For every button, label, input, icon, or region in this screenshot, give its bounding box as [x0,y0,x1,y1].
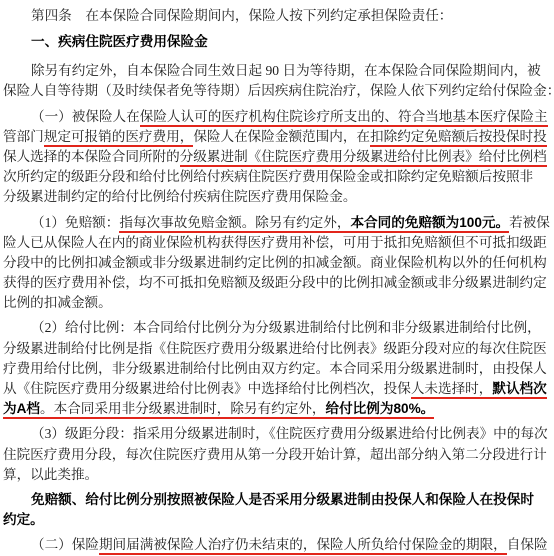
text-line: 管部门规定可报销的医疗费用，保险人在保险金额范围内，在扣除约定免赔额后按投保时投 [3,127,551,147]
red-underlined-text: 。本合同采用非分级累进制时，除另有约定外， [40,401,325,419]
text-line: 从《住院医疗费用分级累进给付比例表》中选择给付比例档次，投保人未选择时，默认档次 [3,379,551,399]
red-underlined-text: 本合同的免赔额为100元。 [350,215,509,233]
benefit-1-heading: 一、疾病住院医疗费用保险金 [3,31,551,52]
bold-text: 约定。 [3,512,44,527]
text-line: 住院医疗费用分段，每次住院医疗费用从第一分段开始计算，超出部分纳入第二分段进行计 [3,445,551,465]
text-segment: （2）给付比例：本合同给付比例分为分级累进制给付比例和非分级累进制给付比例， [31,320,541,335]
text-segment: （一）被保险人在 [31,109,140,124]
bold-text: 免赔额、给付比例分别按照被保险人是否采用分级累进制由投保人和保险人在投保时 [31,492,534,507]
payout-ratio-para: （2）给付比例：本合同给付比例分为分级累进制给付比例和非分级累进制给付比例，分级… [3,318,551,419]
red-underlined-text: 规定可报销的医疗费用， [44,129,194,147]
bracket-segment-para: （3）级距分段：指采用分级累进制时，《住院医疗费用分级累进给付比例表》中的每次住… [3,424,551,485]
text-line: 算，以此类推。 [3,465,551,485]
text-line: 约定。 [3,510,551,530]
text-segment: 算，以此类推。 [3,467,98,482]
text-line: 险人已从保险人在内的商业保险机构获得医疗费用补偿，可用于抵扣免赔额但不可抵扣级距 [3,233,551,253]
text-line: 除另有约定外，自本保险合同生效日起 90 日为等待期，在本保险合同保险期间内，被 [3,61,551,81]
agreement-note-para: 免赔额、给付比例分别按照被保险人是否采用分级累进制由投保人和保险人在投保时约定。 [3,490,551,530]
red-underlined-text: 扣除约定免赔额后按投保时投 [370,129,547,147]
text-segment: 险人已从保险人在内的商业保险机构获得医疗费用补偿，可用于抵扣免赔额但不可抵扣级距 [3,235,547,250]
text-line: 为A档。本合同采用非分级累进制时，除另有约定外，给付比例为80%。 [3,399,551,419]
text-line: （二）保险期间届满被保险人治疗仍未结束的，保险人所负给付保险金的期限，自保险 [3,535,551,555]
text-segment: 次所约定的级距分段和给付比例给付疾病住院医疗费用保险金或扣除约定免赔额后按照非 [3,169,533,184]
text-line: 一、疾病住院医疗费用保险金 [3,31,551,52]
text-segment: 除另有约定外，自本保险合同生效日起 90 日为等待期，在本保险合同保险期间内，被 [31,63,541,78]
text-segment: 自保险 [507,537,548,552]
text-line: 保人选择的本保险合同所附的分级累进制《住院医疗费用分级累进给付比例表》给付比例档 [3,147,551,167]
text-line: 保险人自等待期（及时续保者免等待期）后因疾病住院治疗，保险人依下列约定给付保险金… [3,81,551,101]
text-line: 次所约定的级距分段和给付比例给付疾病住院医疗费用保险金或扣除约定免赔额后按照非 [3,167,551,187]
text-line: 疗费用给付比例，非分级累进制给付比例由双方约定。本合同采用分级累进制时，由投保人 [3,359,551,379]
text-line: （2）给付比例：本合同给付比例分为分级累进制给付比例和非分级累进制给付比例， [3,318,551,338]
item-2-period-para: （二）保险期间届满被保险人治疗仍未结束的，保险人所负给付保险金的期限，自保险 [3,535,551,555]
text-segment: （3）级距分段：指采用分级累进制时，《住院医疗费用分级累进给付比例表》中的每次 [31,426,548,441]
text-line: （一）被保险人在保险人认可的医疗机构住院诊疗所支出的、符合当地基本医疗保险主 [3,107,551,127]
text-line: 第四条 在本保险合同保险期间内，保险人按下列约定承担保险责任： [3,6,551,26]
text-segment: 住院医疗费用分段，每次住院医疗费用从第一分段开始计算，超出部分纳入第二分段进行计 [3,447,547,462]
red-underlined-text: 保险人认可的医疗机构住院诊疗所支出的、符合当地基本医疗保险主 [140,109,548,127]
text-segment: 第四条 在本保险合同保险期间内，保险人按下列约定承担保险责任： [31,8,452,23]
text-segment: 保险人自等待期（及时续保者免等待期）后因疾病住院治疗，保险人依下列约定给付保险金… [3,83,554,98]
text-line: 分段中的比例扣减金额或非分级累进制约定比例的扣减金额。商业保险机构以外的任何机构 [3,253,551,273]
text-line: 分级累进制约定的给付比例给付疾病住院医疗费用保险金。 [3,187,551,207]
text-segment: （1）免赔额： [31,215,119,230]
item-1-coverage-para: （一）被保险人在保险人认可的医疗机构住院诊疗所支出的、符合当地基本医疗保险主管部… [3,107,551,208]
text-line: 分级累进制给付比例是指《住院医疗费用分级累进给付比例表》级距分段对应的每次住院医 [3,339,551,359]
text-line: 比例的扣减金额。 [3,293,551,313]
red-underlined-text: 期间届满被保险人治疗仍未结束的，保险人所负给付保险金的期限， [99,537,507,555]
red-underlined-text: 指每次事故免赔金额。除另有约定外， [119,215,350,233]
text-segment: 比例的扣减金额。 [3,295,112,310]
text-segment: （二）保险 [31,537,99,552]
text-segment: 保险人在保险金额范围内，在 [193,129,370,144]
red-underlined-text: 为A档 [3,401,40,419]
text-segment: 保人选择的本保险合同所附的 [3,149,180,164]
text-segment: 分级累进制约定的给付比例给付疾病住院医疗费用保险金。 [3,189,356,204]
text-line: 获得的医疗费用补偿，均不可抵扣免赔额及级距分段中的比例扣减金额或非分级累进制约定 [3,273,551,293]
text-segment: 分段中的比例扣减金额或非分级累进制约定比例的扣减金额。商业保险机构以外的任何机构 [3,255,547,270]
text-segment: 疗费用给付比例，非分级累进制给付比例由双方约定。本合同采用分级累进制时，由投保人 [3,361,547,376]
text-segment: 管部门 [3,129,44,144]
waiting-period-para: 除另有约定外，自本保险合同生效日起 90 日为等待期，在本保险合同保险期间内，被… [3,61,551,101]
red-underlined-text: 默认档次 [492,381,546,399]
deductible-para: （1）免赔额：指每次事故免赔金额。除另有约定外，本合同的免赔额为100元。若被保… [3,213,551,314]
text-segment: 分级累进制给付比例是指《住院医疗费用分级累进给付比例表》级距分段对应的每次住院医 [3,341,547,356]
text-line: （1）免赔额：指每次事故免赔金额。除另有约定外，本合同的免赔额为100元。若被保 [3,213,551,233]
red-underlined-text: 分级累进制《住院医疗费用分级累进给付比例表》给付比例档 [180,149,547,167]
text-line: （3）级距分段：指采用分级累进制时，《住院医疗费用分级累进给付比例表》中的每次 [3,424,551,444]
bold-text: 一、疾病住院医疗费用保险金 [31,34,208,49]
clause-4-lead: 第四条 在本保险合同保险期间内，保险人按下列约定承担保险责任： [3,6,551,26]
document-body: 第四条 在本保险合同保险期间内，保险人按下列约定承担保险责任：一、疾病住院医疗费… [0,0,554,556]
text-segment: 获得的医疗费用补偿，均不可抵扣免赔额及级距分段中的比例扣减金额或非分级累进制约定 [3,275,547,290]
text-line: 免赔额、给付比例分别按照被保险人是否采用分级累进制由投保人和保险人在投保时 [3,490,551,510]
red-underlined-text: 人未选择时， [411,381,493,399]
red-underlined-text: 给付比例为80%。 [325,401,434,419]
text-segment: 若被保 [509,215,550,230]
text-segment: 从《住院医疗费用分级累进给付比例表》中选择给付比例档次，投保 [3,381,411,396]
